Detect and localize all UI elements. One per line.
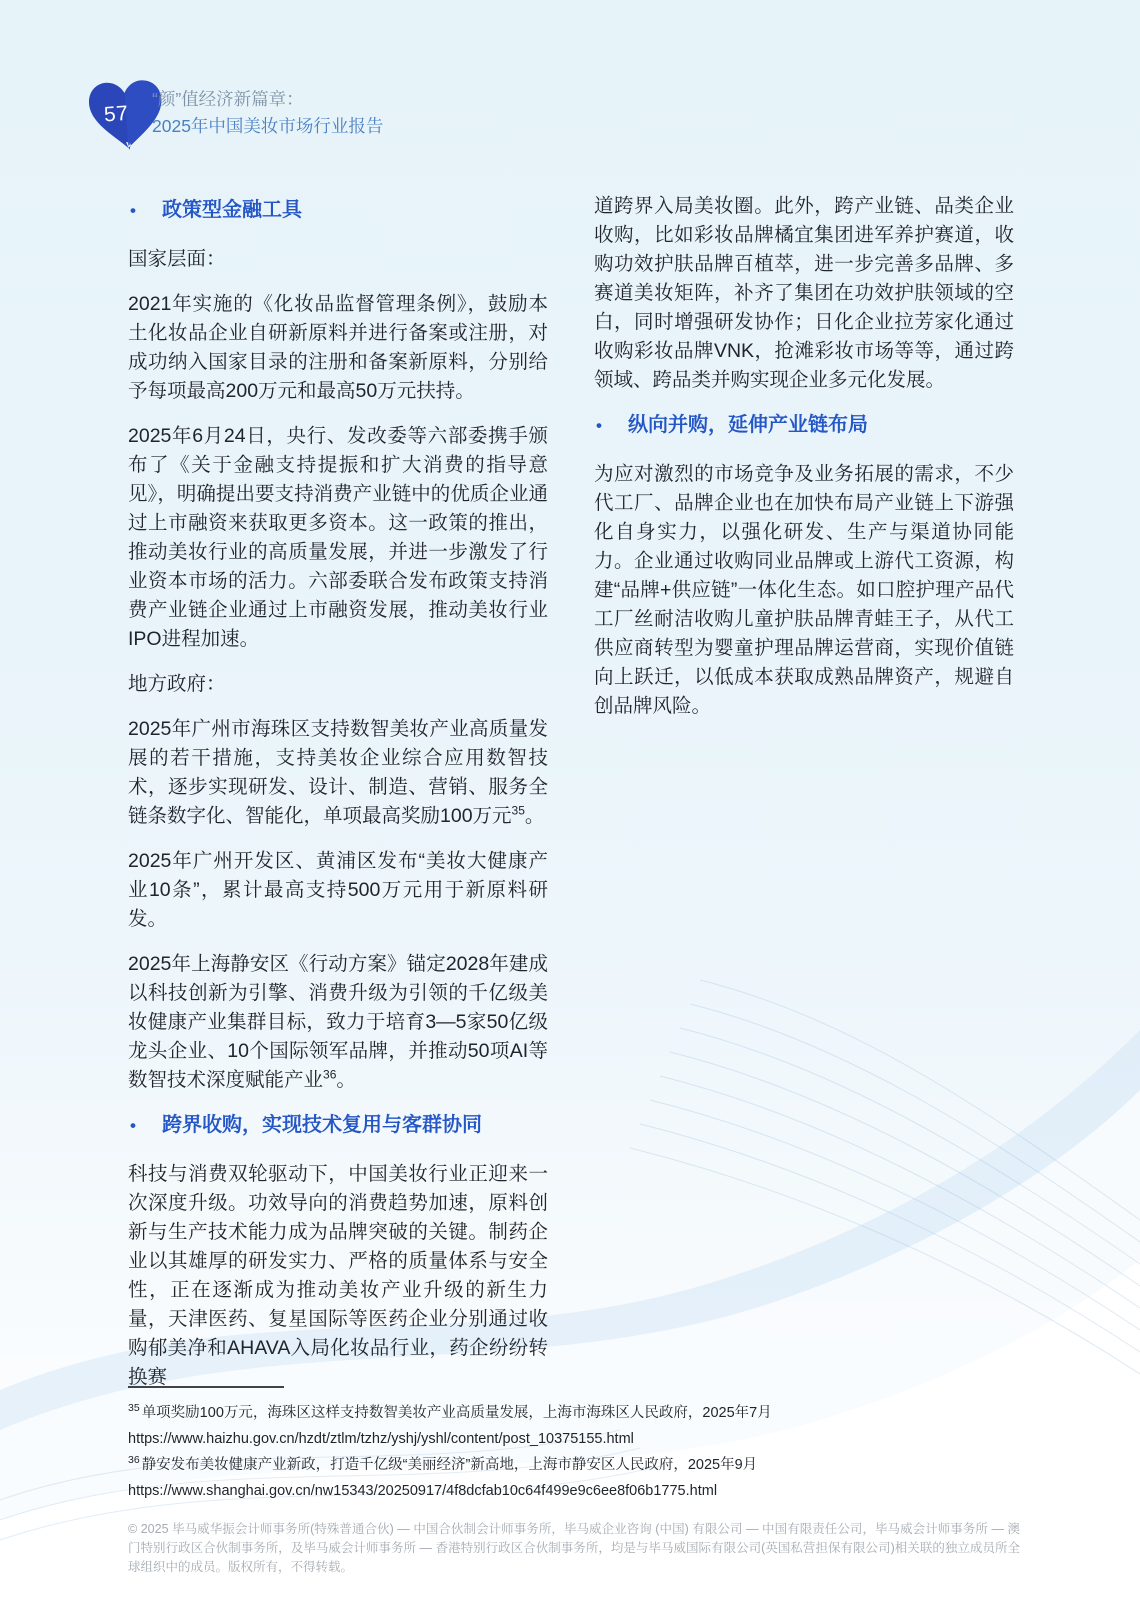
footnotes-section: 35单项奖励100万元，海珠区这样支持数智美妆产业高质量发展，上海市海珠区人民政… <box>128 1386 778 1504</box>
report-title-line1: “颜”值经济新篇章： <box>152 86 383 113</box>
paragraph-tail: 。 <box>336 1069 356 1091</box>
paragraph-supply-chain-integration: 为应对激烈的市场竞争及业务拓展的需求，不少代工厂、品牌企业也在加快布局产业链上下… <box>594 460 1014 721</box>
report-title-line2: 2025年中国美妆市场行业报告 <box>152 113 383 140</box>
paragraph-text: 2025年广州市海珠区支持数智美妆产业高质量发展的若干措施，支持美妆企业综合应用… <box>128 718 548 827</box>
left-column: • 政策型金融工具 国家层面： 2021年实施的《化妆品监督管理条例》，鼓励本土… <box>128 192 548 1408</box>
paragraph-huangpu-ten-measures: 2025年广州开发区、黄浦区发布“美妆大健康产业10条”，累计最高支持500万元… <box>128 847 548 934</box>
body-columns: • 政策型金融工具 国家层面： 2021年实施的《化妆品监督管理条例》，鼓励本土… <box>128 192 1014 1408</box>
paragraph-local-government-label: 地方政府： <box>128 670 548 699</box>
bullet-icon: • <box>128 197 162 225</box>
right-column: 道跨界入局美妆圈。此外，跨产业链、品类企业收购，比如彩妆品牌橘宜集团进军养护赛道… <box>594 192 1014 1408</box>
paragraph-haizhu-measures: 2025年广州市海珠区支持数智美妆产业高质量发展的若干措施，支持美妆企业综合应用… <box>128 715 548 831</box>
paragraph-pharma-entering-beauty: 科技与消费双轮驱动下，中国美妆行业正迎来一次深度升级。功效导向的消费趋势加速，原… <box>128 1160 548 1392</box>
footnote-35-body: 单项奖励100万元，海珠区这样支持数智美妆产业高质量发展，上海市海珠区人民政府，… <box>142 1405 772 1421</box>
footnote-36-body: 静安发布美妆健康产业新政，打造千亿级“美丽经济”新高地，上海市静安区人民政府，2… <box>142 1457 757 1473</box>
section-heading-label: 政策型金融工具 <box>162 196 302 224</box>
footnote-36-url[interactable]: https://www.shanghai.gov.cn/nw15343/2025… <box>128 1478 778 1504</box>
section-heading-label: 跨界收购，实现技术复用与客群协同 <box>162 1111 482 1139</box>
paragraph-six-ministries-policy: 2025年6月24日，央行、发改委等六部委携手颁布了《关于金融支持提振和扩大消费… <box>128 422 548 654</box>
footnote-35-text: 35单项奖励100万元，海珠区这样支持数智美妆产业高质量发展，上海市海珠区人民政… <box>128 1400 778 1426</box>
footnote-35-marker: 35 <box>128 1402 140 1414</box>
footnote-divider <box>128 1386 284 1388</box>
footnote-36-text: 36静安发布美妆健康产业新政，打造千亿级“美丽经济”新高地，上海市静安区人民政府… <box>128 1452 778 1478</box>
footnote-ref-35[interactable]: 35 <box>512 804 525 818</box>
footnote-ref-36[interactable]: 36 <box>323 1068 336 1082</box>
page-number: 57 <box>103 102 129 128</box>
footnote-35-url[interactable]: https://www.haizhu.gov.cn/hzdt/ztlm/tzhz… <box>128 1426 778 1452</box>
paragraph-regulation-2021: 2021年实施的《化妆品监督管理条例》，鼓励本土化妆品企业自研新原料并进行备案或… <box>128 290 548 406</box>
section-heading-vertical-ma: • 纵向并购，延伸产业链布局 <box>594 411 1014 440</box>
paragraph-jingan-action-plan: 2025年上海静安区《行动方案》锚定2028年建成以科技创新为引擎、消费升级为引… <box>128 950 548 1095</box>
footnote-36-marker: 36 <box>128 1454 140 1466</box>
section-heading-crossover-acquisition: • 跨界收购，实现技术复用与客群协同 <box>128 1111 548 1140</box>
footer-copyright: © 2025 毕马威华振会计师事务所(特殊普通合伙) — 中国合伙制会计师事务所… <box>128 1520 1020 1577</box>
report-page: 57 “颜”值经济新篇章： 2025年中国美妆市场行业报告 • 政策型金融工具 … <box>0 0 1140 1600</box>
section-heading-policy-financial-tools: • 政策型金融工具 <box>128 196 548 225</box>
paragraph-cross-industry-acquisitions: 道跨界入局美妆圈。此外，跨产业链、品类企业收购，比如彩妆品牌橘宜集团进军养护赛道… <box>594 192 1014 395</box>
page-header: 57 “颜”值经济新篇章： 2025年中国美妆市场行业报告 <box>0 0 1140 170</box>
bullet-icon: • <box>594 412 628 440</box>
paragraph-national-level-label: 国家层面： <box>128 245 548 274</box>
bullet-icon: • <box>128 1112 162 1140</box>
report-title: “颜”值经济新篇章： 2025年中国美妆市场行业报告 <box>152 86 383 140</box>
section-heading-label: 纵向并购，延伸产业链布局 <box>628 411 868 439</box>
paragraph-tail: 。 <box>525 805 545 827</box>
